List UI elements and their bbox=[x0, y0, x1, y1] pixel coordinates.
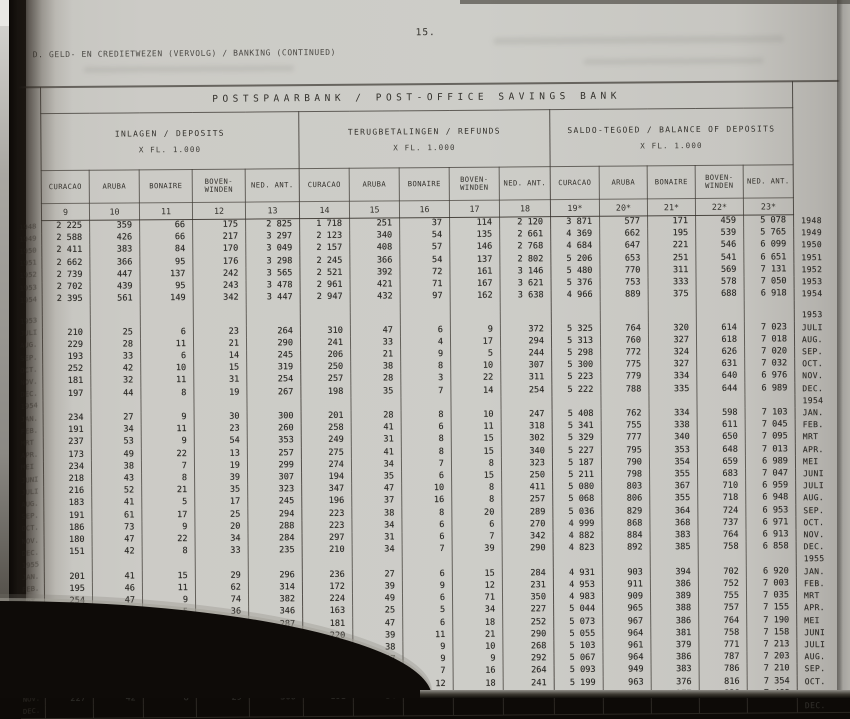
data-cell: 3 478 bbox=[246, 280, 300, 293]
data-cell: 35 bbox=[93, 644, 143, 657]
data-cell: 432 bbox=[350, 291, 400, 304]
data-cell: 4 bbox=[143, 619, 196, 632]
data-cell bbox=[195, 558, 248, 571]
data-cell: 334 bbox=[649, 371, 697, 384]
data-cell: 197 bbox=[43, 388, 91, 401]
data-cell: 790 bbox=[601, 457, 649, 470]
data-cell: 254 bbox=[501, 384, 552, 397]
data-cell: 964 bbox=[603, 628, 651, 641]
row-label-left: 1949 bbox=[17, 233, 42, 245]
data-cell: 659 bbox=[697, 456, 745, 469]
data-cell: 611 bbox=[697, 419, 745, 432]
data-cell: 23 bbox=[196, 643, 249, 656]
data-cell: 38 bbox=[353, 642, 403, 655]
data-cell bbox=[193, 304, 246, 313]
data-cell: 25 bbox=[353, 605, 403, 618]
data-cell: 284 bbox=[248, 533, 302, 546]
data-cell: 408 bbox=[350, 242, 400, 255]
data-cell: 631 bbox=[697, 358, 745, 371]
data-cell bbox=[450, 302, 500, 311]
data-cell: 167 bbox=[450, 278, 500, 291]
data-cell bbox=[247, 398, 301, 411]
data-cell: 2 123 bbox=[300, 230, 350, 243]
data-cell: 683 bbox=[698, 468, 746, 481]
data-cell: 191 bbox=[303, 691, 353, 698]
data-cell: 5 055 bbox=[554, 628, 603, 641]
data-cell: 5 329 bbox=[552, 433, 601, 446]
row-label-left: MEI bbox=[19, 462, 44, 474]
group-label: SALDO-TEGOED / BALANCE OF DEPOSITS bbox=[550, 124, 792, 135]
data-cell: 338 bbox=[649, 420, 697, 433]
data-cell bbox=[501, 397, 552, 410]
data-cell: 1 718 bbox=[300, 218, 350, 231]
data-cell: 193 bbox=[43, 351, 91, 364]
data-cell: 342 bbox=[193, 292, 246, 305]
data-cell: 227 bbox=[45, 693, 93, 698]
data-cell: 176 bbox=[193, 256, 246, 269]
data-cell: 5 044 bbox=[554, 604, 603, 617]
data-cell: 816 bbox=[699, 676, 747, 689]
data-cell: 411 bbox=[502, 482, 553, 495]
row-label-right: AUG. bbox=[796, 492, 849, 505]
data-cell: 333 bbox=[648, 277, 696, 290]
data-cell: 38 bbox=[352, 508, 402, 521]
data-cell: 71 bbox=[452, 592, 502, 605]
data-cell: 3 447 bbox=[246, 292, 300, 305]
data-cell: 234 bbox=[43, 461, 91, 474]
column-number: 13 bbox=[245, 202, 299, 219]
data-cell: 8 bbox=[401, 410, 451, 423]
data-cell: 755 bbox=[698, 590, 746, 603]
data-cell: 3 146 bbox=[500, 265, 551, 278]
data-cell: 35 bbox=[351, 385, 401, 398]
data-cell: 146 bbox=[450, 241, 500, 254]
data-cell: 284 bbox=[502, 567, 553, 580]
data-cell: 257 bbox=[247, 447, 301, 460]
data-cell: 195 bbox=[648, 228, 696, 241]
data-cell: 31 bbox=[351, 434, 401, 447]
data-cell: 114 bbox=[450, 217, 500, 230]
column-number: 22* bbox=[695, 198, 743, 215]
data-cell: 216 bbox=[45, 669, 93, 682]
data-cell: 243 bbox=[193, 280, 246, 293]
data-cell: 389 bbox=[650, 591, 698, 604]
data-cell: 788 bbox=[601, 384, 649, 397]
data-cell: 710 bbox=[698, 480, 746, 493]
data-cell: 27 bbox=[352, 569, 402, 582]
row-label-right: MRT bbox=[796, 589, 849, 602]
data-cell bbox=[400, 303, 450, 312]
data-cell bbox=[600, 301, 648, 310]
data-cell: 5 bbox=[403, 605, 453, 618]
data-cell: 7 203 bbox=[747, 651, 797, 664]
data-cell: 51 bbox=[93, 656, 143, 669]
column-number: 14 bbox=[299, 201, 349, 218]
row-label-right bbox=[793, 107, 846, 164]
data-cell: 252 bbox=[503, 616, 554, 629]
row-label-right: 1948 bbox=[794, 214, 847, 227]
data-cell bbox=[551, 302, 600, 311]
data-cell: 3 297 bbox=[246, 231, 300, 244]
data-cell: 342 bbox=[502, 531, 553, 544]
row-label-right: OCT. bbox=[795, 358, 848, 371]
paper-sheet: 15. D. GELD- EN CREDIETWEZEN (VERVOLG) /… bbox=[26, 0, 850, 698]
data-cell bbox=[44, 559, 92, 572]
data-cell: 364 bbox=[650, 505, 698, 518]
data-cell: 33 bbox=[91, 351, 141, 364]
data-cell: 662 bbox=[600, 228, 648, 241]
data-cell: 28 bbox=[351, 410, 401, 423]
data-cell: 6 bbox=[143, 631, 196, 644]
data-cell: 218 bbox=[44, 473, 92, 486]
row-label-right bbox=[793, 164, 846, 197]
data-cell: 250 bbox=[503, 689, 554, 698]
data-cell: 4 369 bbox=[551, 228, 600, 241]
row-label-left bbox=[17, 204, 42, 221]
data-cell bbox=[648, 310, 696, 323]
data-cell bbox=[744, 300, 794, 309]
data-cell: 191 bbox=[43, 425, 91, 438]
data-cell: 35 bbox=[93, 632, 143, 645]
section-heading: D. GELD- EN CREDIETWEZEN (VERVOLG) / BAN… bbox=[33, 48, 336, 59]
data-cell: 753 bbox=[600, 277, 648, 290]
data-cell: 151 bbox=[44, 547, 92, 560]
data-cell: 6 bbox=[402, 532, 452, 545]
data-cell: 5 234 bbox=[554, 689, 603, 698]
data-cell: 2 802 bbox=[500, 253, 551, 266]
data-cell: 758 bbox=[699, 627, 747, 640]
data-cell: 33 bbox=[350, 337, 400, 350]
data-cell: 21 bbox=[453, 629, 503, 642]
data-cell: 311 bbox=[648, 264, 696, 277]
row-label-left: 1951 bbox=[17, 257, 42, 269]
data-cell: 249 bbox=[301, 435, 351, 448]
data-cell: 323 bbox=[249, 643, 303, 656]
data-cell bbox=[193, 313, 246, 326]
data-cell: 235 bbox=[248, 545, 302, 558]
data-cell: 307 bbox=[501, 360, 552, 373]
data-cell: 578 bbox=[696, 276, 744, 289]
data-cell: 394 bbox=[249, 679, 303, 692]
data-cell: 4 882 bbox=[553, 530, 602, 543]
data-cell: 379 bbox=[651, 639, 699, 652]
row-label-left: FEB. bbox=[20, 584, 45, 596]
row-label-right: SEP. bbox=[795, 345, 848, 358]
data-cell: 772 bbox=[601, 347, 649, 360]
data-cell: 244 bbox=[501, 348, 552, 361]
row-label-left: MRT bbox=[19, 437, 44, 449]
column-number: 12 bbox=[192, 202, 245, 219]
column-number: 16 bbox=[399, 200, 449, 217]
data-cell: 209 bbox=[45, 620, 93, 633]
page-content: 15. D. GELD- EN CREDIETWEZEN (VERVOLG) /… bbox=[23, 0, 850, 698]
data-cell: 15 bbox=[194, 362, 247, 375]
row-label-left: OCT. bbox=[21, 681, 46, 693]
data-cell: 23 bbox=[193, 326, 246, 339]
data-cell: 267 bbox=[247, 386, 301, 399]
data-cell: 294 bbox=[248, 508, 302, 521]
data-cell: 22 bbox=[142, 534, 195, 547]
row-label-right bbox=[793, 197, 846, 214]
column-header: CURACAO bbox=[299, 168, 349, 201]
data-cell: 7 155 bbox=[747, 602, 797, 615]
row-label-right: 1953 bbox=[794, 309, 847, 322]
row-label-left: JULI bbox=[18, 327, 43, 339]
data-cell bbox=[500, 302, 551, 311]
data-cell: 242 bbox=[193, 268, 246, 281]
row-label-right: 1954 bbox=[794, 288, 847, 301]
data-cell: 251 bbox=[350, 218, 400, 231]
column-number: 18 bbox=[499, 200, 550, 217]
column-number: 21* bbox=[647, 199, 695, 216]
data-cell: 16 bbox=[143, 656, 196, 669]
data-cell: 764 bbox=[699, 615, 747, 628]
row-label-left bbox=[16, 87, 41, 114]
data-cell: 17 bbox=[450, 336, 500, 349]
data-cell: 257 bbox=[502, 494, 553, 507]
row-label-right: 1953 bbox=[794, 275, 847, 288]
data-cell: 3 298 bbox=[246, 255, 300, 268]
data-cell: 264 bbox=[246, 325, 300, 338]
row-label-left: NOV. bbox=[21, 693, 46, 698]
data-cell: 245 bbox=[248, 496, 302, 509]
data-cell: 770 bbox=[600, 265, 648, 278]
data-cell bbox=[246, 313, 300, 326]
data-cell bbox=[140, 305, 193, 314]
data-cell: 3 bbox=[401, 373, 451, 386]
data-cell: 84 bbox=[140, 244, 193, 257]
data-cell: 25 bbox=[90, 327, 140, 340]
data-cell: 10 bbox=[453, 641, 503, 654]
data-cell: 135 bbox=[450, 229, 500, 242]
data-cell: 367 bbox=[650, 481, 698, 494]
group-label: TERUGBETALINGEN / REFUNDS bbox=[299, 126, 549, 137]
data-cell: 8 bbox=[451, 458, 501, 471]
data-cell: 5 341 bbox=[552, 421, 601, 434]
data-cell: 299 bbox=[247, 459, 301, 472]
data-cell: 6 099 bbox=[744, 239, 794, 252]
data-cell: 51 bbox=[353, 666, 403, 679]
data-cell: 210 bbox=[42, 327, 90, 340]
data-cell: 52 bbox=[92, 485, 142, 498]
row-label-right: AUG. bbox=[797, 650, 850, 663]
data-cell: 5 bbox=[143, 680, 196, 693]
row-label-left: APR. bbox=[19, 449, 44, 461]
data-cell: 798 bbox=[602, 469, 650, 482]
data-cell: 618 bbox=[696, 334, 744, 347]
data-cell: 5 313 bbox=[551, 335, 600, 348]
data-cell: 7 045 bbox=[745, 419, 795, 432]
data-cell bbox=[140, 314, 193, 327]
data-cell: 347 bbox=[302, 484, 352, 497]
data-cell: 6 989 bbox=[745, 382, 795, 395]
column-number: 10 bbox=[89, 203, 139, 220]
data-cell: 4 953 bbox=[553, 579, 602, 592]
row-label-right: APR. bbox=[797, 602, 850, 615]
data-cell: 757 bbox=[699, 602, 747, 615]
data-cell: 323 bbox=[248, 484, 302, 497]
column-header: BONAIRE bbox=[399, 167, 449, 200]
data-cell: 320 bbox=[648, 322, 696, 335]
data-cell bbox=[601, 396, 649, 409]
data-cell: 281 bbox=[45, 681, 93, 694]
data-cell: 4 823 bbox=[553, 543, 602, 556]
data-cell: 310 bbox=[300, 325, 350, 338]
data-cell: 787 bbox=[699, 651, 747, 664]
data-cell: 7 354 bbox=[747, 675, 797, 688]
data-cell: 5 227 bbox=[552, 445, 601, 458]
data-cell: 206 bbox=[301, 349, 351, 362]
data-cell bbox=[302, 557, 352, 570]
data-cell bbox=[553, 555, 602, 568]
data-cell: 21 bbox=[142, 485, 195, 498]
column-number: 20* bbox=[599, 199, 647, 216]
data-cell: 6 989 bbox=[745, 456, 795, 469]
data-cell: 196 bbox=[302, 496, 352, 509]
data-cell: 15 bbox=[451, 446, 501, 459]
row-label-left: AUG. bbox=[18, 339, 43, 351]
row-label-right: NOV. bbox=[796, 528, 849, 541]
column-header: ARUBA bbox=[349, 168, 399, 201]
data-cell: 5 078 bbox=[744, 215, 794, 228]
data-cell: 37 bbox=[352, 495, 402, 508]
data-cell: 7 095 bbox=[745, 431, 795, 444]
row-label-right: FEB. bbox=[795, 419, 848, 432]
data-cell: 7 bbox=[402, 544, 452, 557]
data-cell: 30 bbox=[194, 411, 247, 424]
data-cell: 9 bbox=[403, 641, 453, 654]
data-cell: 3 565 bbox=[246, 267, 300, 280]
data-cell: 16 bbox=[453, 665, 503, 678]
data-cell: 314 bbox=[248, 582, 302, 595]
data-cell: 287 bbox=[249, 618, 303, 631]
data-cell: 626 bbox=[697, 346, 745, 359]
row-label-right bbox=[794, 300, 847, 309]
data-cell: 41 bbox=[351, 422, 401, 435]
data-cell bbox=[350, 303, 400, 312]
column-number: 17 bbox=[449, 200, 499, 217]
data-cell: 644 bbox=[697, 383, 745, 396]
data-cell: 2 702 bbox=[42, 281, 90, 294]
row-label-left: JAN. bbox=[19, 413, 44, 425]
data-cell: 688 bbox=[696, 288, 744, 301]
data-cell: 5 199 bbox=[554, 677, 603, 690]
data-cell: 289 bbox=[502, 506, 553, 519]
data-cell bbox=[697, 395, 745, 408]
data-cell bbox=[648, 301, 696, 310]
data-cell: 561 bbox=[90, 293, 140, 306]
data-cell: 10 bbox=[402, 483, 452, 496]
data-cell: 6 bbox=[400, 324, 450, 337]
column-header: ARUBA bbox=[89, 170, 139, 203]
data-cell bbox=[402, 556, 452, 569]
data-cell: 220 bbox=[303, 630, 353, 643]
statistics-table-wrap: POSTSPAARBANK / POST-OFFICE SAVINGS BANK… bbox=[16, 81, 850, 698]
row-label-left bbox=[18, 306, 43, 315]
data-cell: 17 bbox=[142, 509, 195, 522]
data-cell: 22 bbox=[451, 373, 501, 386]
data-cell: 6 bbox=[143, 643, 196, 656]
facing-page-edge bbox=[0, 0, 9, 698]
data-cell: 14 bbox=[194, 350, 247, 363]
data-cell: 5 223 bbox=[552, 372, 601, 385]
data-cell bbox=[142, 558, 195, 571]
data-cell: 889 bbox=[600, 289, 648, 302]
data-cell: 7 bbox=[452, 531, 502, 544]
column-header: BONAIRE bbox=[647, 166, 695, 199]
data-cell: 5 067 bbox=[554, 652, 603, 665]
data-cell: 34 bbox=[352, 544, 402, 557]
data-cell: 16 bbox=[402, 495, 452, 508]
row-label-right: JUNI bbox=[797, 626, 850, 639]
data-cell: 5 765 bbox=[744, 227, 794, 240]
data-cell bbox=[552, 396, 601, 409]
data-cell: 7 035 bbox=[746, 590, 796, 603]
data-cell: 760 bbox=[600, 335, 648, 348]
data-cell bbox=[90, 305, 140, 314]
data-cell: 577 bbox=[600, 216, 648, 229]
top-page-edge bbox=[460, 0, 850, 4]
data-cell: 270 bbox=[249, 667, 303, 680]
column-header: CURACAO bbox=[550, 166, 599, 199]
data-cell: 6 948 bbox=[746, 492, 796, 505]
data-cell: 779 bbox=[601, 371, 649, 384]
data-cell bbox=[451, 397, 501, 410]
data-cell: 31 bbox=[352, 532, 402, 545]
data-cell: 6 918 bbox=[744, 288, 794, 301]
data-cell: 41 bbox=[92, 497, 142, 510]
data-cell: 7 020 bbox=[745, 346, 795, 359]
data-cell: 6 bbox=[402, 568, 452, 581]
data-cell: 382 bbox=[248, 594, 302, 607]
data-cell: 426 bbox=[90, 232, 140, 245]
data-cell: 49 bbox=[91, 449, 141, 462]
data-cell bbox=[248, 557, 302, 570]
data-cell: 340 bbox=[649, 432, 697, 445]
row-label-left: JUNI bbox=[20, 632, 45, 644]
data-cell: 6 651 bbox=[744, 251, 794, 264]
data-cell: 257 bbox=[301, 374, 351, 387]
row-label-left: 1954 bbox=[18, 294, 43, 306]
row-label-right: SEP. bbox=[796, 504, 849, 517]
data-cell: 288 bbox=[248, 521, 302, 534]
data-cell bbox=[194, 399, 247, 412]
row-label-right bbox=[792, 81, 845, 108]
data-cell: 6 bbox=[141, 351, 194, 364]
data-cell: 292 bbox=[503, 653, 554, 666]
data-cell: 2 661 bbox=[500, 229, 551, 242]
data-cell: 268 bbox=[503, 641, 554, 654]
row-label-left: MRT bbox=[20, 596, 45, 608]
data-cell bbox=[350, 312, 400, 325]
data-cell: 47 bbox=[350, 324, 400, 337]
data-cell: 21 bbox=[193, 338, 246, 351]
data-cell: 190 bbox=[303, 667, 353, 680]
data-cell: 42 bbox=[93, 693, 143, 698]
data-cell: 264 bbox=[503, 665, 554, 678]
data-cell: 29 bbox=[196, 692, 249, 698]
data-cell: 194 bbox=[302, 471, 352, 484]
data-cell: 13 bbox=[194, 448, 247, 461]
data-cell: 541 bbox=[696, 252, 744, 265]
data-cell: 648 bbox=[697, 444, 745, 457]
group-label: INLAGEN / DEPOSITS bbox=[41, 128, 298, 139]
data-cell: 221 bbox=[648, 240, 696, 253]
data-cell: 306 bbox=[249, 691, 303, 698]
data-cell: 7 158 bbox=[747, 626, 797, 639]
data-cell bbox=[351, 398, 401, 411]
data-cell: 42 bbox=[92, 546, 142, 559]
